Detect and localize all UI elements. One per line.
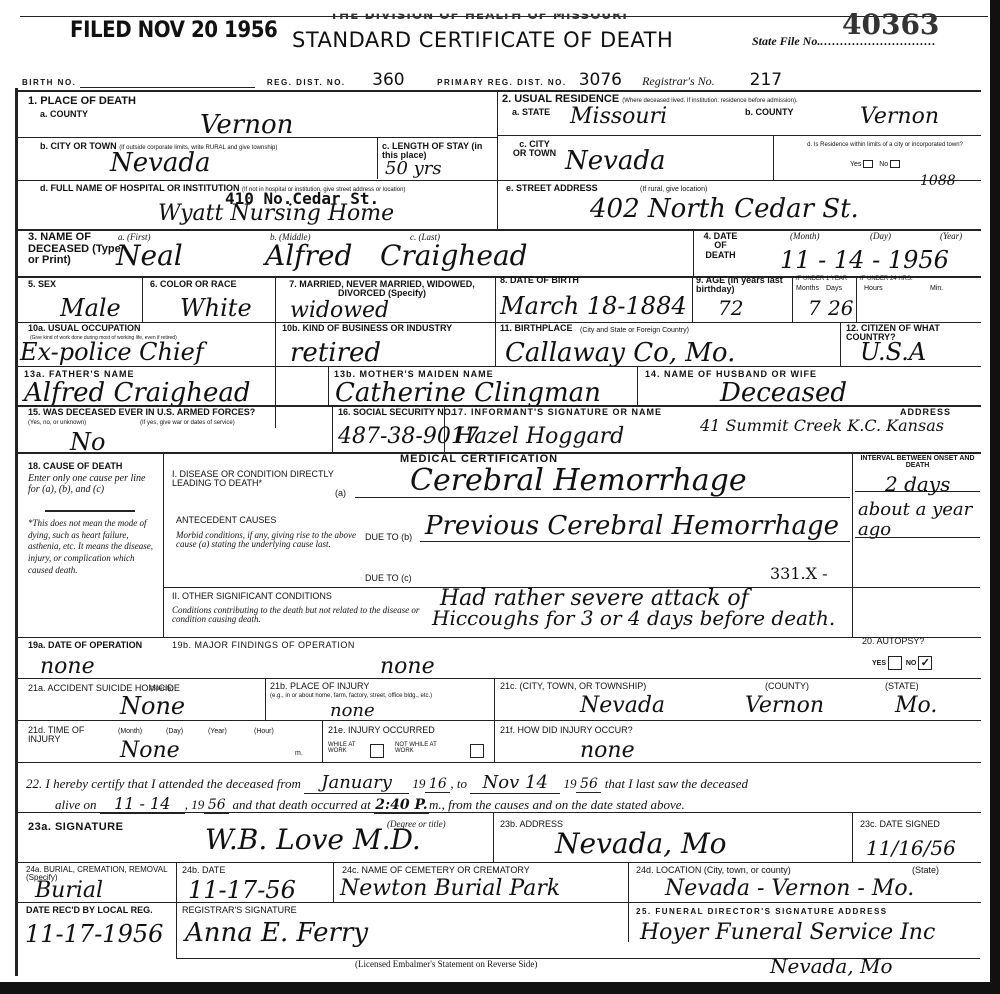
reg-dist-label: REG. DIST. NO.	[267, 78, 346, 87]
father-value: Alfred Craighead	[24, 380, 251, 406]
last-name-value: Craighead	[380, 242, 528, 270]
burial-location-label: 24d. LOCATION (City, town, or county)	[636, 866, 791, 875]
informant-address-value: 41 Summit Creek K.C. Kansas	[700, 418, 944, 434]
division-heading: THE DIVISION OF HEALTH OF MISSOURI	[330, 8, 628, 22]
attended-from-value: January	[304, 772, 409, 794]
embalmer-note: (Licensed Embalmer's Statement on Revers…	[355, 960, 537, 969]
autopsy-label: 20. AUTOPSY?	[862, 637, 924, 646]
mother-value: Catherine Clingman	[335, 380, 601, 406]
attended-to-value: Nov 14	[470, 772, 560, 794]
dod-label: 4. DATE OF DEATH	[698, 232, 743, 260]
alive-on-value: 11 - 14	[100, 794, 185, 814]
cause-code: 331.X -	[770, 566, 828, 582]
spouse-value: Deceased	[720, 380, 847, 406]
res-state-value: Missouri	[570, 106, 667, 128]
birth-no-label: BIRTH NO.	[22, 78, 76, 87]
not-while-at-work-checkbox[interactable]	[470, 744, 484, 758]
res-county-value: Vernon	[860, 106, 939, 128]
res-margin-note: 1088	[920, 174, 956, 188]
registrar-signature-value: Anna E. Ferry	[185, 920, 368, 946]
res-street-note: (If rural, give location)	[640, 186, 707, 193]
informant-value: Hazel Hoggard	[455, 426, 624, 448]
injury-state-value: Mo.	[895, 695, 937, 717]
scan-edge-bottom	[0, 982, 1000, 994]
autopsy-no-checkbox[interactable]: ✓	[918, 656, 932, 670]
injury-location-label: 21c. (CITY, TOWN, OR TOWNSHIP)	[500, 682, 646, 691]
due-to-b-label: DUE TO (b)	[365, 533, 412, 542]
days-label: Days	[826, 285, 842, 292]
limits-no-checkbox[interactable]	[890, 160, 900, 168]
age-label: 9. AGE (In years last birthday)	[696, 276, 796, 295]
race-value: White	[180, 296, 252, 320]
dob-value: March 18-1884	[500, 294, 687, 318]
race-label: 6. COLOR OR RACE	[150, 280, 237, 289]
due-to-c-label: DUE TO (c)	[365, 574, 412, 583]
res-county-label: b. COUNTY	[745, 108, 794, 117]
county-label: a. COUNTY	[40, 110, 88, 119]
filed-stamp: FILED NOV 20 1956	[70, 18, 277, 43]
under-24-label: IF UNDER 24 HRS.	[860, 276, 913, 282]
op-date-value: none	[40, 656, 95, 678]
burial-date-label: 24b. DATE	[182, 866, 225, 875]
cause-b-value: Previous Cerebral Hemorrhage	[425, 513, 839, 539]
attended-to-year: 56	[576, 776, 601, 793]
cemetery-label: 24c. NAME OF CEMETERY OR CREMATORY	[342, 866, 530, 875]
antecedent-note: Morbid conditions, if any, giving rise t…	[176, 531, 356, 550]
op-findings-label: 19b. MAJOR FINDINGS OF OPERATION	[172, 641, 355, 650]
state-file-label: State File No...........................…	[752, 34, 936, 49]
how-injury-value: none	[580, 740, 635, 762]
funeral-director-value: Hoyer Funeral Service Inc	[640, 922, 935, 944]
dob-label: 8. DATE OF BIRTH	[500, 276, 579, 285]
birthplace-value: Callaway Co, Mo.	[505, 340, 735, 366]
part2-note: Conditions contributing to the death but…	[172, 606, 442, 625]
time-day-label: (Day)	[166, 728, 183, 735]
injury-state-label: (STATE)	[885, 682, 919, 691]
armed-forces-note: (Yes, no, or unknown)	[28, 420, 86, 426]
injury-occurred-label: 21e. INJURY OCCURRED	[328, 726, 435, 735]
death-city-value: Nevada	[110, 150, 210, 176]
res-city-value: Nevada	[565, 148, 665, 174]
res-limits-label: d. Is Residence within limits of a city …	[800, 142, 970, 148]
burial-location-value: Nevada - Vernon - Mo.	[665, 878, 914, 900]
age-value: 72	[718, 298, 743, 318]
min-label: Min.	[930, 285, 943, 292]
certify-statement-line2: alive on 11 - 14, 1956 and that death oc…	[55, 794, 685, 814]
citizen-value: U.S.A	[860, 340, 926, 364]
res-street-label: e. STREET ADDRESS	[506, 184, 598, 193]
armed-forces-label: 15. WAS DECEASED EVER IN U.S. ARMED FORC…	[28, 408, 255, 417]
cause-a-value: Cerebral Hemorrhage	[410, 466, 747, 496]
part2-line2: Hiccoughs for 3 or 4 days before death.	[432, 608, 835, 628]
funeral-director-label: 25. FUNERAL DIRECTOR'S SIGNATURE	[636, 908, 835, 916]
informant-label: 17. INFORMANT'S SIGNATURE OR NAME	[452, 408, 662, 417]
burial-type-value: Burial	[35, 880, 103, 902]
degree-label: (Degree or title)	[387, 820, 446, 829]
date-received-label: DATE REC'D BY LOCAL REG.	[26, 906, 176, 915]
months-label: Months	[796, 285, 819, 292]
time-m-label: m.	[295, 750, 303, 757]
date-signed-value: 11/16/56	[866, 838, 956, 858]
armed-forces-service-note: (If yes, give war or dates of service)	[140, 420, 235, 426]
place-injury-note: (e.g., in or about home, farm, factory, …	[270, 693, 490, 699]
how-injury-label: 21f. HOW DID INJURY OCCUR?	[500, 726, 633, 735]
op-findings-value: none	[380, 656, 435, 678]
place-injury-label: 21b. PLACE OF INJURY	[270, 682, 369, 691]
part2-label: II. OTHER SIGNIFICANT CONDITIONS	[172, 592, 332, 601]
interval-b-value: about a year ago	[858, 500, 973, 540]
months-value: 7	[808, 298, 821, 318]
physician-address-value: Nevada, Mo	[555, 830, 727, 858]
certify-statement-line1: 22. I hereby certify that I attended the…	[26, 772, 748, 794]
business-value: retired	[290, 340, 381, 366]
days-value: 26	[828, 298, 853, 318]
op-date-label: 19a. DATE OF OPERATION	[28, 641, 158, 650]
limits-yes-checkbox[interactable]	[863, 160, 873, 168]
res-state-label: a. STATE	[512, 108, 550, 117]
armed-forces-value: No	[70, 430, 105, 454]
birthplace-label: 11. BIRTHPLACE	[500, 324, 573, 333]
marital-value: widowed	[290, 300, 389, 322]
under-1-label: IF UNDER 1 YEAR	[796, 276, 847, 282]
business-label: 10b. KIND OF BUSINESS OR INDUSTRY	[282, 324, 482, 333]
date-signed-label: 23c. DATE SIGNED	[860, 820, 940, 829]
sex-value: Male	[60, 296, 121, 320]
interval-a-value: 2 days	[885, 474, 950, 494]
injury-county-label: (COUNTY)	[765, 682, 809, 691]
hours-label: Hours	[864, 285, 883, 292]
dod-month-label: (Month)	[790, 232, 820, 241]
attended-from-year: 16	[425, 776, 450, 793]
sex-label: 5. SEX	[28, 280, 56, 289]
autopsy-yes-checkbox[interactable]	[888, 656, 902, 670]
date-received-value: 11-17-1956	[25, 922, 163, 946]
first-name-value: Neal	[116, 242, 183, 270]
marital-label: 7. MARRIED, NEVER MARRIED, WIDOWED, DIVO…	[282, 280, 482, 299]
injury-county-value: Vernon	[745, 695, 824, 717]
place-of-death-label: 1. PLACE OF DEATH	[28, 96, 136, 108]
cemetery-value: Newton Burial Park	[340, 878, 560, 900]
not-while-at-work-label: NOT WHILE AT WORK	[395, 742, 445, 755]
death-certificate: FILED NOV 20 1956 THE DIVISION OF HEALTH…	[0, 0, 1000, 994]
time-injury-label: 21d. TIME OF INJURY	[28, 726, 88, 745]
autopsy-options: YES NO ✓	[872, 656, 932, 670]
primary-reg-label: PRIMARY REG. DIST. NO.	[437, 78, 566, 87]
burial-location-state-label: (State)	[912, 866, 939, 875]
scan-edge-right	[990, 0, 1000, 994]
res-street-value: 402 North Cedar St.	[590, 196, 859, 222]
time-year-label: (Year)	[208, 728, 227, 735]
funeral-address-value: Nevada, Mo	[770, 956, 893, 976]
length-of-stay-value: 50 yrs	[385, 160, 442, 178]
res-limits-options: Yes No	[850, 160, 900, 168]
occupation-label: 10a. USUAL OCCUPATION	[28, 324, 141, 333]
signature-label: 23a. SIGNATURE	[28, 822, 123, 834]
funeral-address-label: ADDRESS	[838, 908, 888, 916]
dod-value: 11 - 14 - 1956	[780, 248, 949, 272]
certificate-title: STANDARD CERTIFICATE OF DEATH	[292, 28, 673, 52]
place-injury-value: none	[330, 702, 375, 720]
cause-footnote: *This does not mean the mode of dying, s…	[28, 518, 158, 576]
registrar-signature-label: REGISTRAR'S SIGNATURE	[182, 906, 297, 915]
hospital-value: Wyatt Nursing Home	[158, 203, 394, 225]
physician-address-label: 23b. ADDRESS	[500, 820, 563, 829]
occupation-value: Ex-police Chief	[20, 340, 204, 364]
time-hour-label: (Hour)	[254, 728, 274, 735]
interval-label: INTERVAL BETWEEN ONSET AND DEATH	[860, 455, 975, 470]
middle-name-value: Alfred	[265, 242, 352, 270]
injury-city-value: Nevada	[580, 695, 665, 717]
cause-a-marker: (a)	[335, 489, 346, 498]
part1-label: I. DISEASE OR CONDITION DIRECTLY LEADING…	[172, 470, 362, 489]
death-county-value: Vernon	[200, 112, 293, 138]
cause-instructions: Enter only one cause per line for (a), (…	[28, 474, 158, 495]
registrar-label: Registrar's No.	[642, 74, 715, 89]
physician-signature: W.B. Love M.D.	[205, 826, 421, 854]
deceased-name-label: 3. NAME OF DECEASED (Type or Print)	[28, 232, 128, 267]
accident-value: None	[120, 694, 185, 718]
res-city-label: c. CITY OR TOWN	[512, 140, 557, 159]
while-at-work-checkbox[interactable]	[370, 744, 384, 758]
time-injury-value: None	[120, 740, 180, 762]
while-at-work-label: WHILE AT WORK	[328, 742, 368, 755]
cause-of-death-label: 18. CAUSE OF DEATH	[28, 462, 122, 471]
birthplace-note: (City and State or Foreign Country)	[580, 327, 689, 334]
time-month-label: (Month)	[118, 728, 142, 735]
antecedent-label: ANTECEDENT CAUSES	[176, 516, 276, 525]
dod-year-label: (Year)	[940, 232, 962, 241]
ssn-label: 16. SOCIAL SECURITY NO.	[338, 408, 453, 417]
burial-date-value: 11-17-56	[188, 878, 296, 902]
dod-day-label: (Day)	[870, 232, 891, 241]
